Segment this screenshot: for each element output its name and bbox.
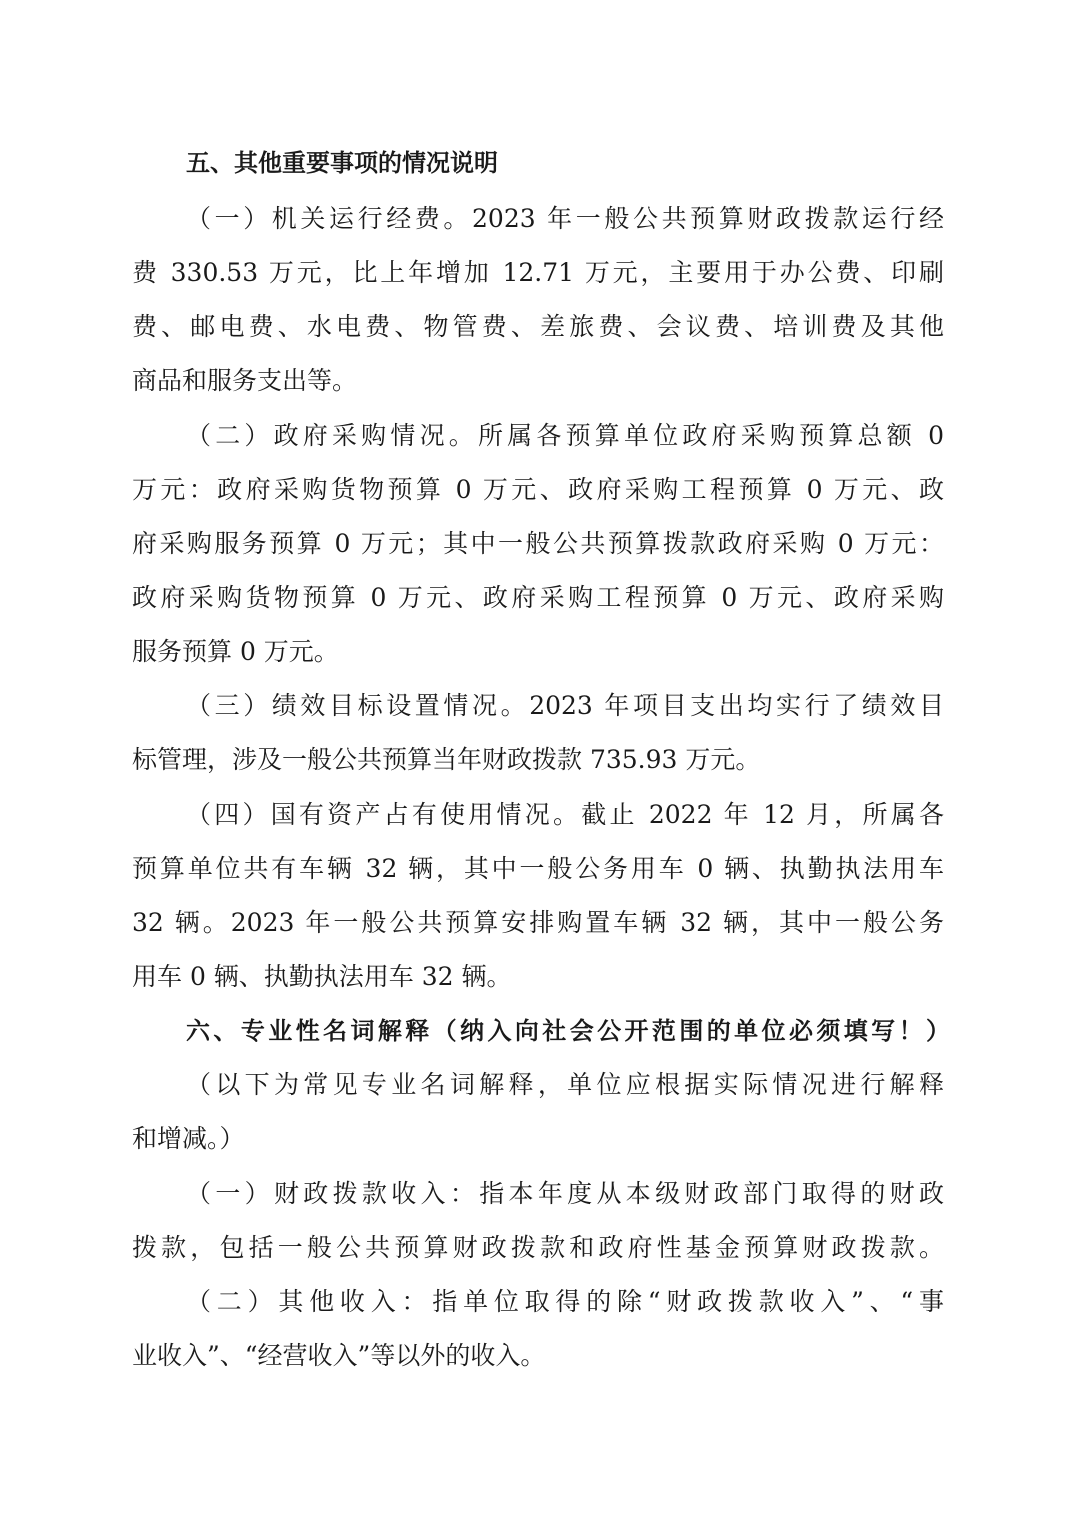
paragraph-line: 服务预算 0 万元。	[132, 632, 944, 672]
paragraph-line: 用车 0 辆、执勤执法用车 32 辆。	[132, 957, 944, 997]
paragraph-line: （二）其他收入：指单位取得的除“财政拨款收入”、“事	[186, 1282, 944, 1322]
document-page: 五、其他重要事项的情况说明 （一）机关运行经费。2023 年一般公共预算财政拨款…	[0, 0, 1074, 1520]
paragraph-line: （一）财政拨款收入：指本年度从本级财政部门取得的财政	[186, 1174, 944, 1214]
paragraph-line: （四）国有资产占有使用情况。截止 2022 年 12 月，所属各	[186, 795, 944, 835]
paragraph-line: （三）绩效目标设置情况。2023 年项目支出均实行了绩效目	[186, 686, 944, 726]
section-6-heading: 六、专业性名词解释（纳入向社会公开范围的单位必须填写！）	[186, 1011, 950, 1051]
paragraph-line: 业收入”、“经营收入”等以外的收入。	[132, 1336, 944, 1376]
paragraph-line: 32 辆。2023 年一般公共预算安排购置车辆 32 辆，其中一般公务	[132, 903, 944, 943]
paragraph-line: 预算单位共有车辆 32 辆，其中一般公务用车 0 辆、执勤执法用车	[132, 849, 944, 889]
paragraph-line: 拨款，包括一般公共预算财政拨款和政府性基金预算财政拨款。	[132, 1228, 944, 1268]
note-line: 和增减。）	[132, 1119, 944, 1159]
paragraph-line: 标管理，涉及一般公共预算当年财政拨款 735.93 万元。	[132, 740, 944, 780]
paragraph-line: 万元：政府采购货物预算 0 万元、政府采购工程预算 0 万元、政	[132, 470, 944, 510]
note-line: （以下为常见专业名词解释，单位应根据实际情况进行解释	[186, 1065, 944, 1105]
paragraph-line: 府采购服务预算 0 万元；其中一般公共预算拨款政府采购 0 万元：	[132, 524, 944, 564]
section-5-heading: 五、其他重要事项的情况说明	[186, 143, 944, 183]
paragraph-line: 费、邮电费、水电费、物管费、差旅费、会议费、培训费及其他	[132, 307, 944, 347]
paragraph-line: （一）机关运行经费。2023 年一般公共预算财政拨款运行经	[186, 199, 944, 239]
paragraph-line: （二）政府采购情况。所属各预算单位政府采购预算总额 0	[186, 416, 944, 456]
paragraph-line: 费 330.53 万元，比上年增加 12.71 万元，主要用于办公费、印刷	[132, 253, 944, 293]
paragraph-line: 商品和服务支出等。	[132, 361, 944, 401]
paragraph-line: 政府采购货物预算 0 万元、政府采购工程预算 0 万元、政府采购	[132, 578, 944, 618]
